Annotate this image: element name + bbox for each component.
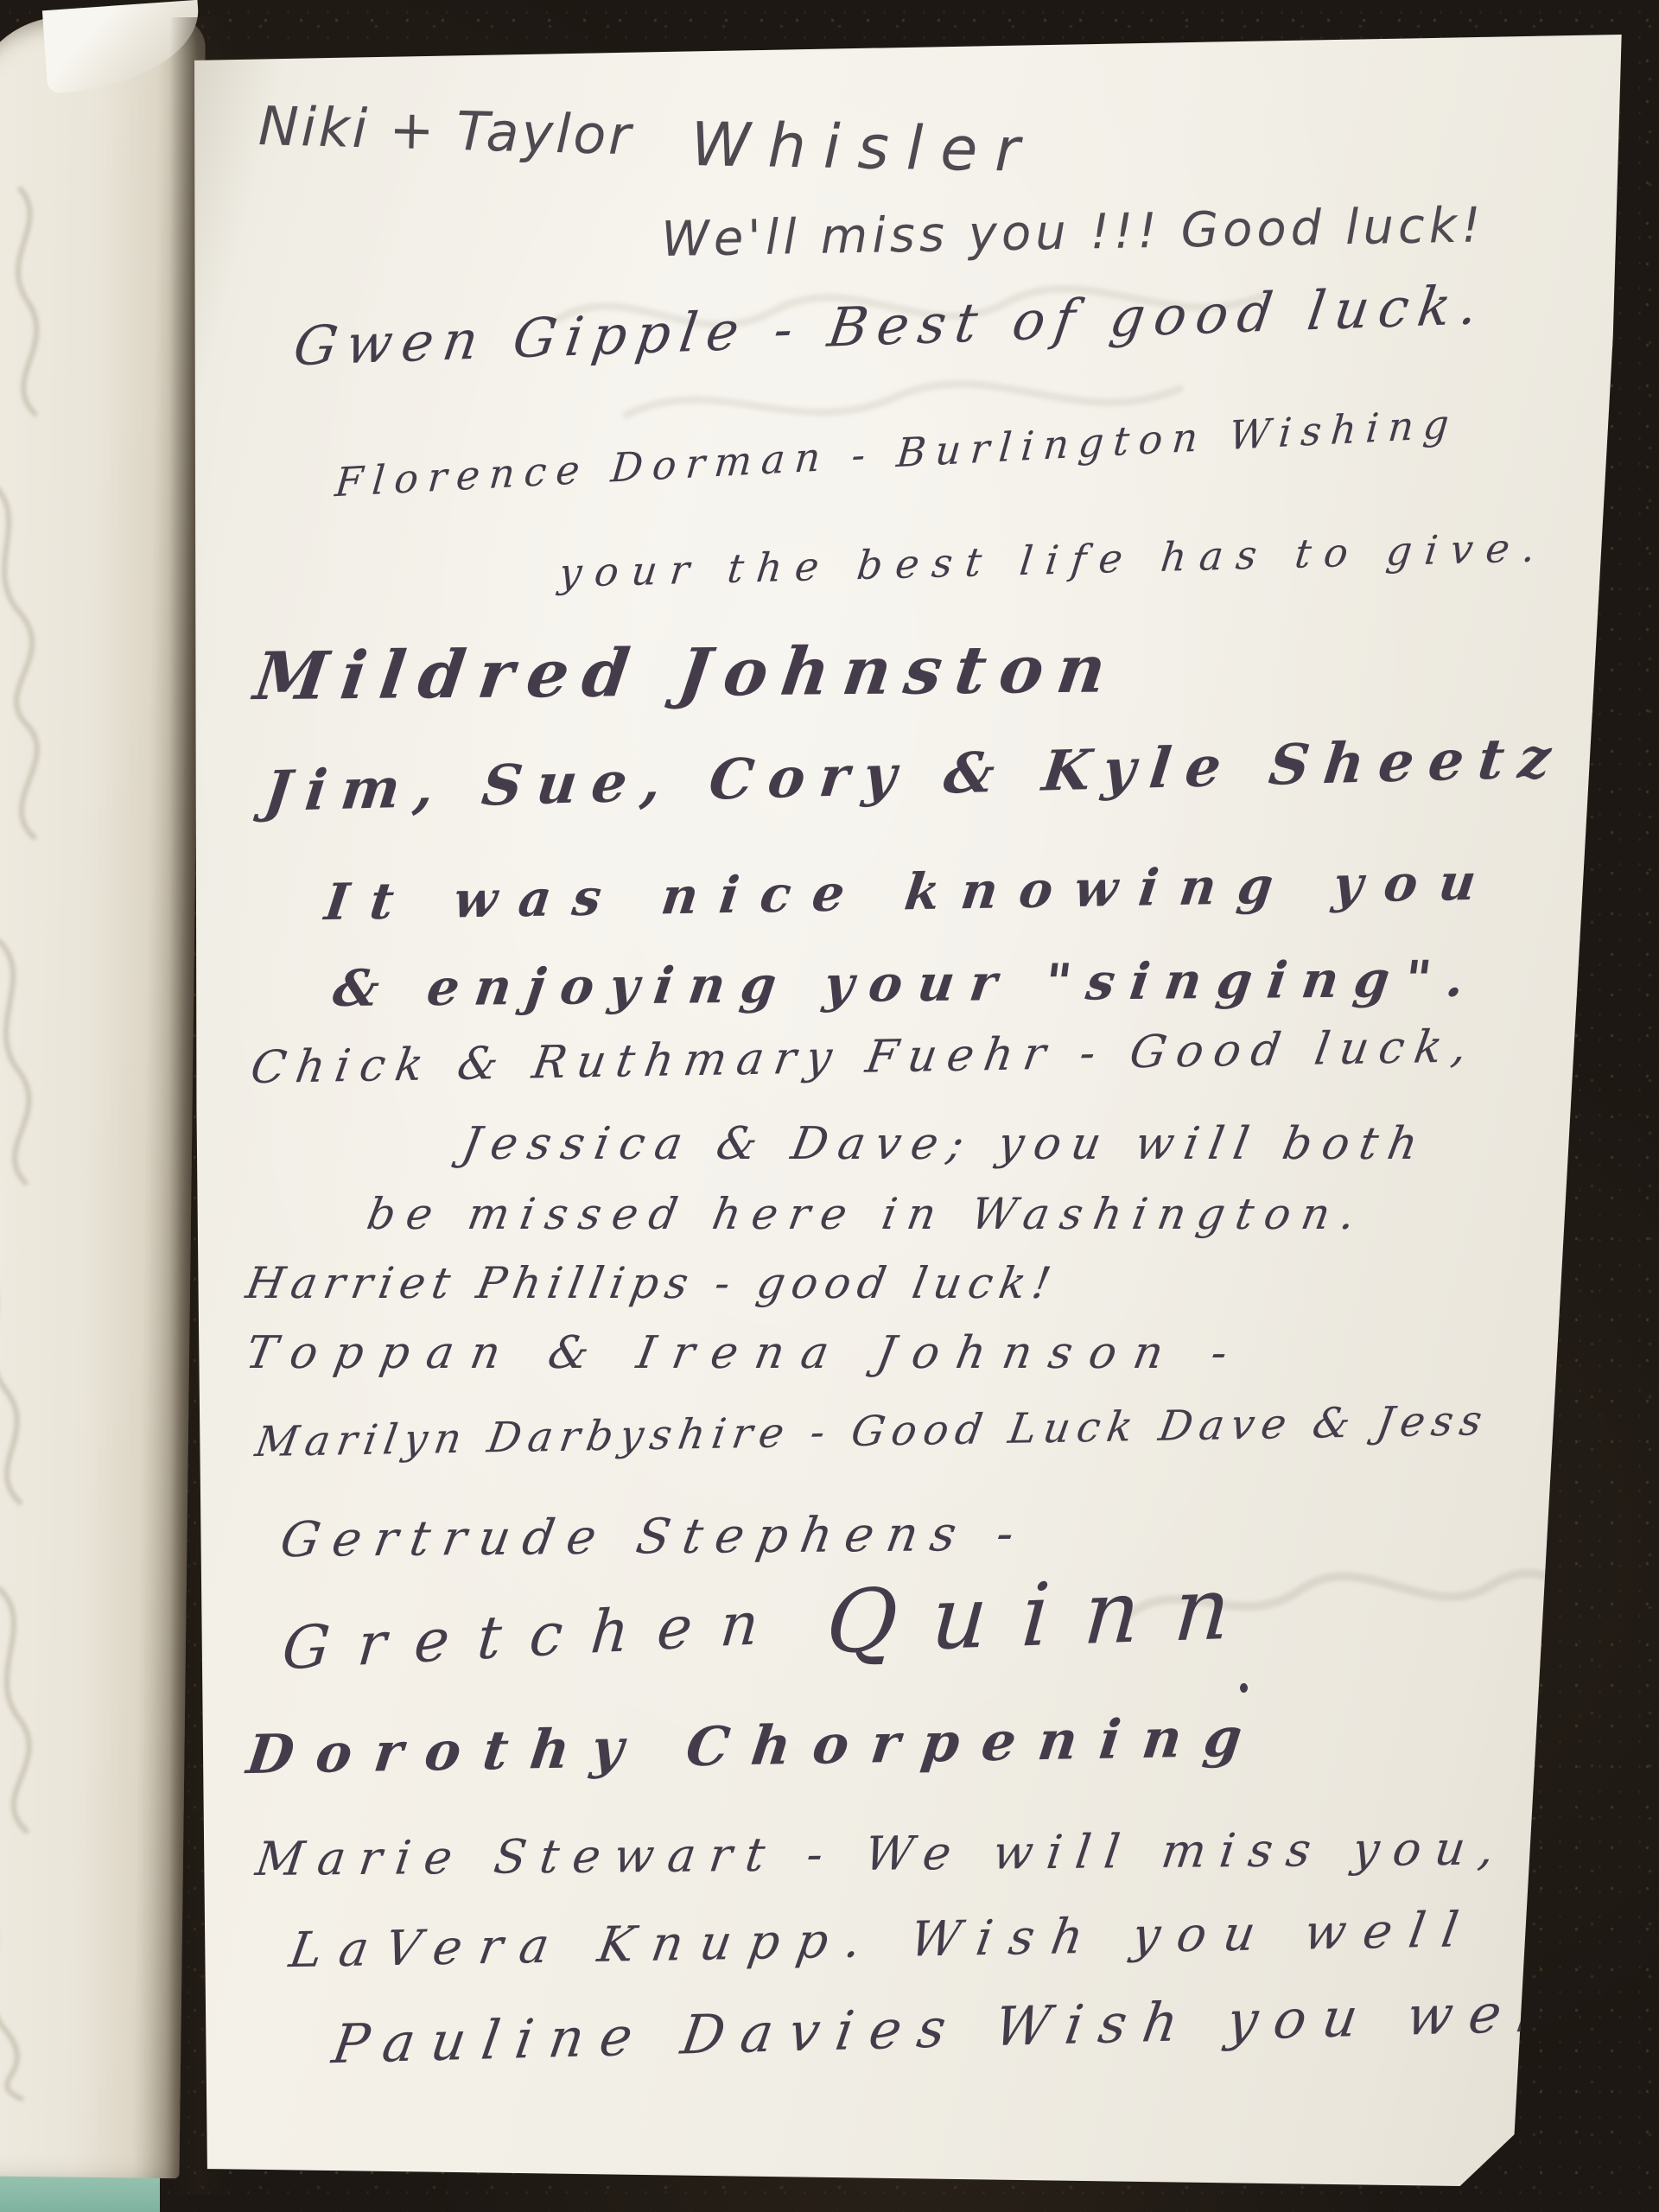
entry-niki-taylor-names: Niki + Taylor [257, 99, 633, 162]
entry-toppan-irena-johnson: Toppan & Irena Johnson - [243, 1331, 1248, 1376]
ink-dot [1240, 1683, 1248, 1693]
entry-pauline-davies: Pauline Davies Wish you well [329, 1985, 1589, 2071]
entry-sheetz-message-line1: It was nice knowing you [322, 856, 1500, 927]
entry-niki-taylor-message: We'll miss you !!! Good luck! [661, 201, 1485, 264]
entry-niki-taylor-surname: Whisler [690, 114, 1038, 181]
entry-gretchen-quinn-first: Gretchen [280, 1593, 789, 1679]
entry-marie-stewart: Marie Stewart - We will miss you, [253, 1825, 1510, 1883]
entry-dorothy-chorpening: Dorothy Chorpening [244, 1710, 1267, 1782]
entry-sheetz-message-line2: & enjoying your "singing". [330, 953, 1483, 1014]
entry-florence-dorman-line2: your the best life has to give. [557, 527, 1550, 593]
entry-lavera-knupp: LaVera Knupp. Wish you well [286, 1906, 1478, 1975]
entry-gretchen-quinn-last: Quinn [823, 1564, 1268, 1666]
ghost-pencil-writing [0, 119, 160, 2109]
entry-fuehr-line2: Jessica & Dave; you will both [459, 1122, 1432, 1166]
entry-sheetz-family: Jim, Sue, Cory & Kyle Sheetz [262, 731, 1568, 821]
entry-mildred-johnston: Mildred Johnston [251, 636, 1123, 709]
guestbook-page: Niki + Taylor Whisler We'll miss you !!!… [194, 35, 1624, 2186]
entry-gertrude-stephens: Gertrude Stephens - [277, 1510, 1031, 1565]
entry-fuehr-line1: Chick & Ruthmary Fuehr - Good luck, [248, 1024, 1481, 1090]
entry-fuehr-line3: be missed here in Washington. [364, 1192, 1370, 1236]
entry-marilyn-darbyshire: Marilyn Darbyshire - Good Luck Dave & Je… [252, 1400, 1491, 1463]
entry-harriet-phillips: Harriet Phillips - good luck! [243, 1262, 1060, 1305]
guestbook-photo-scene: Niki + Taylor Whisler We'll miss you !!!… [0, 0, 1659, 2212]
